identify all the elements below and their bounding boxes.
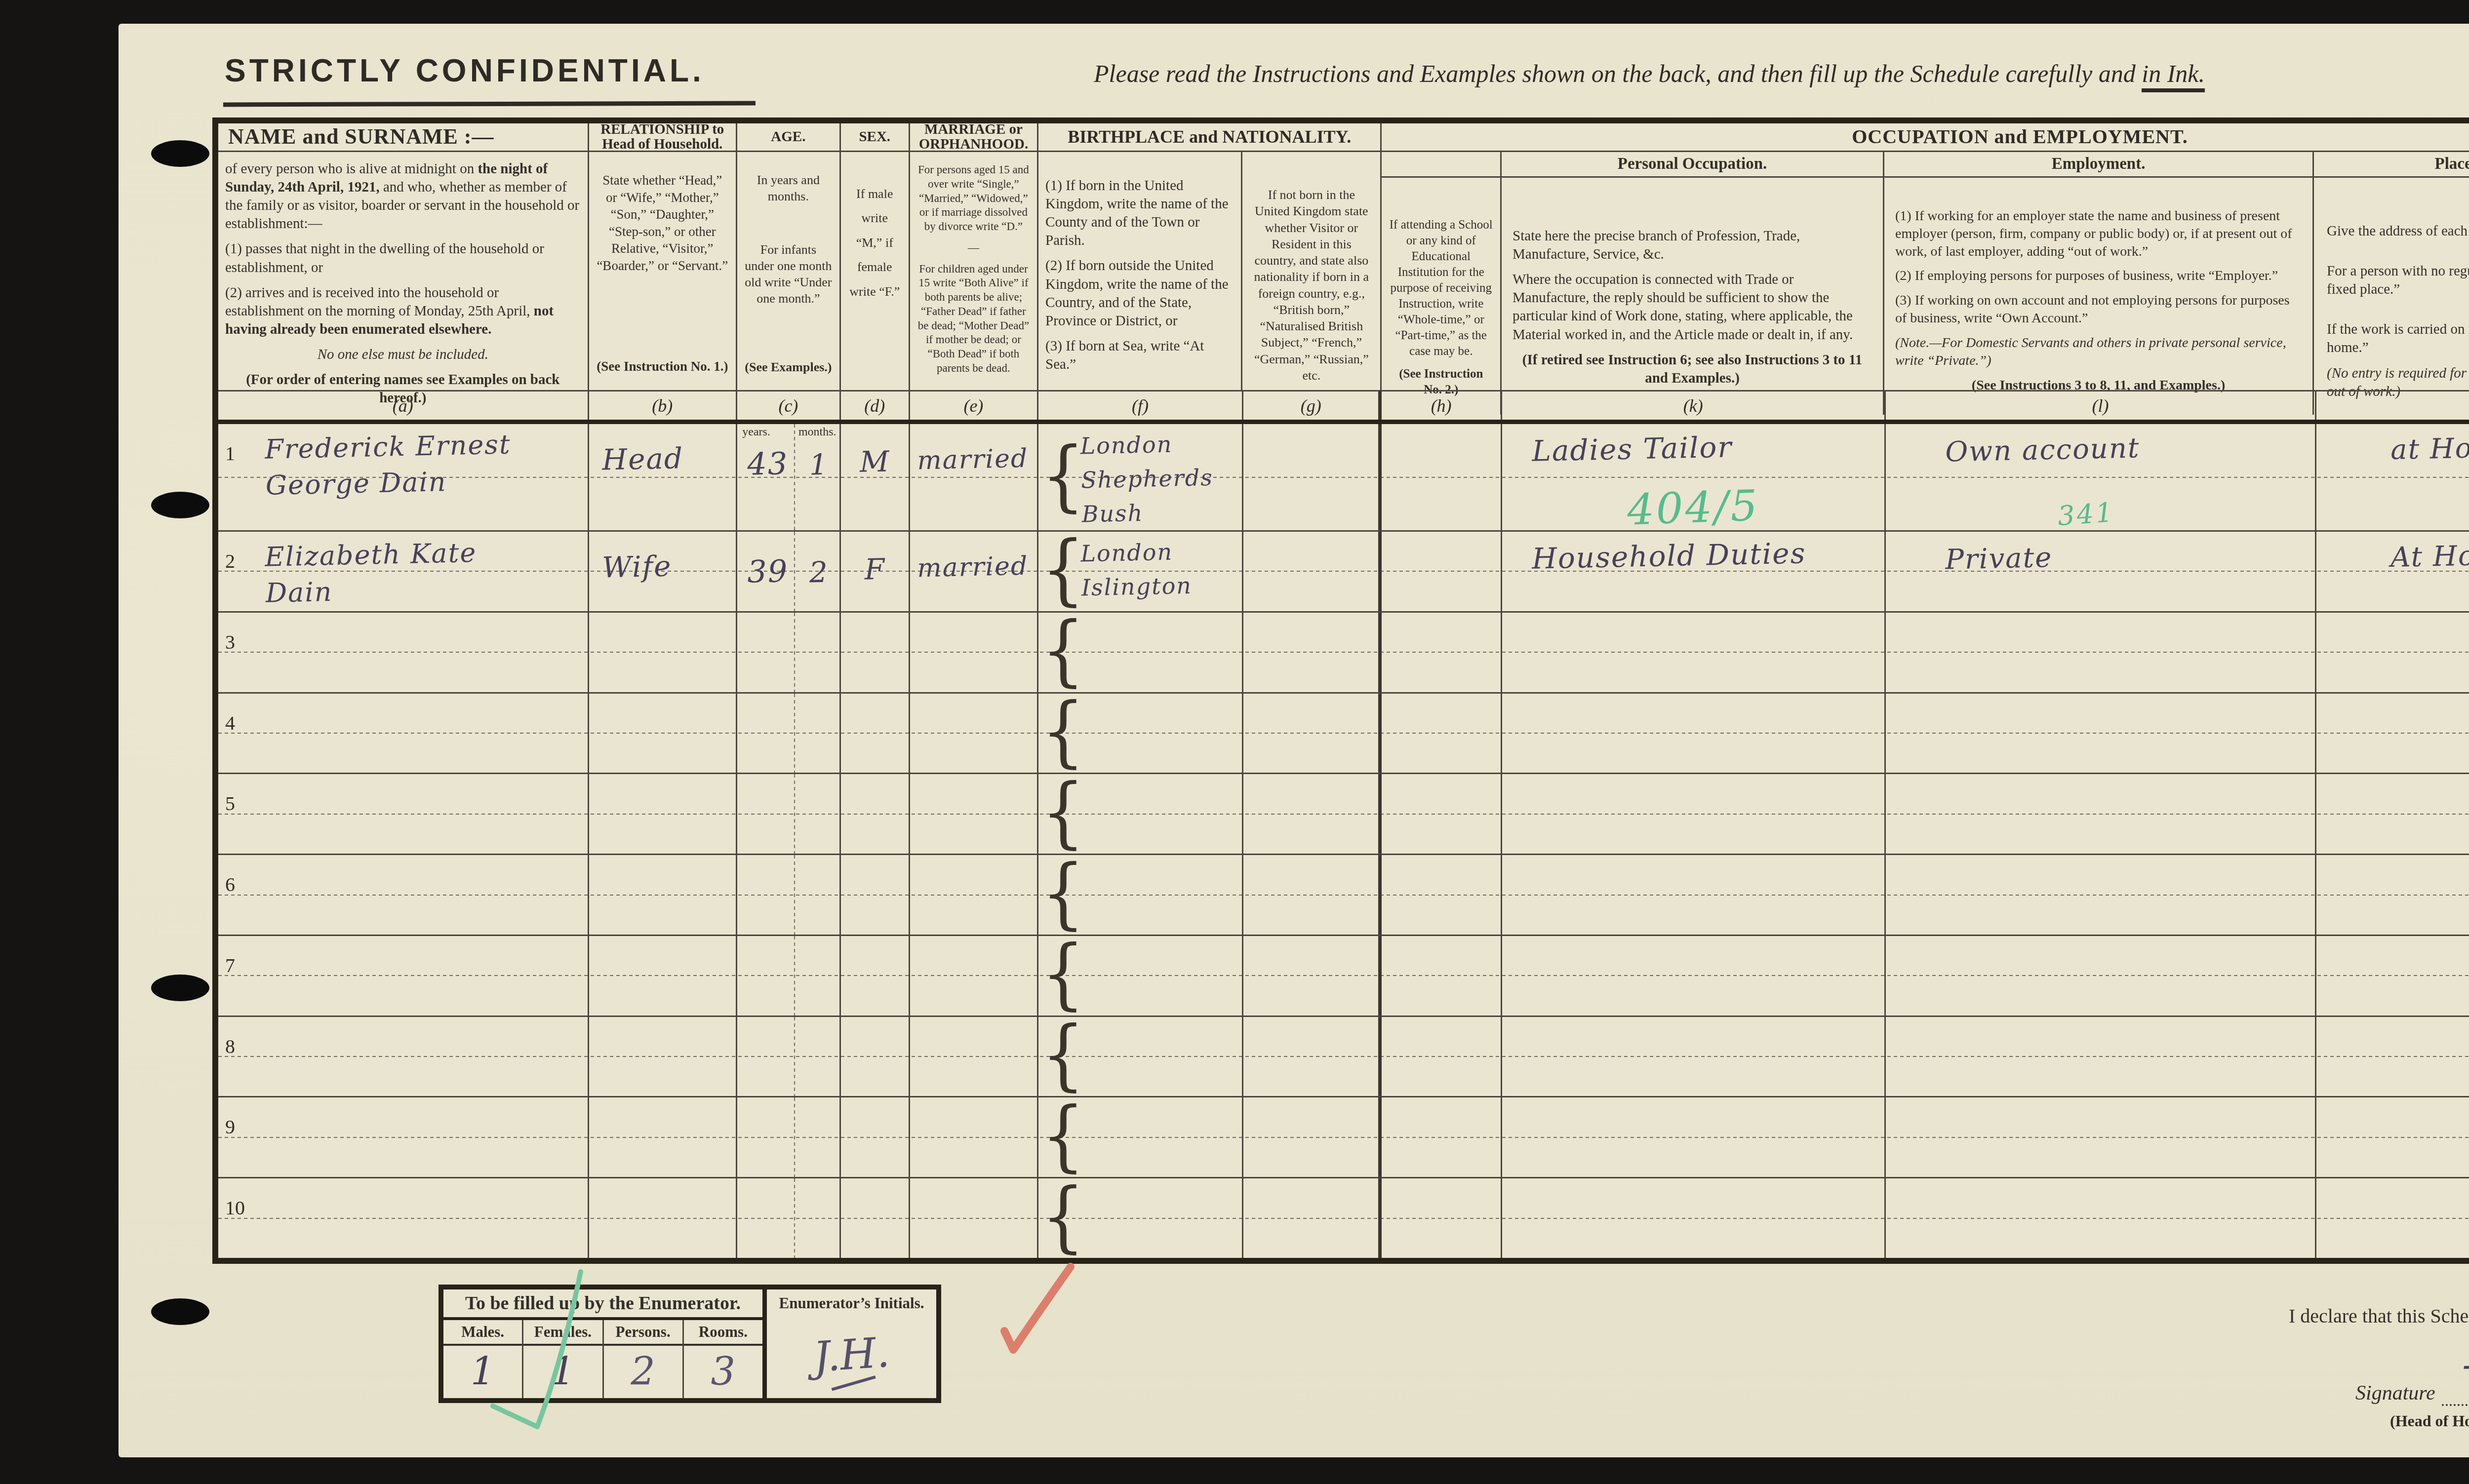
nationality-cell — [1243, 855, 1382, 935]
column-header-age: AGE. In years and months. For infants un… — [737, 123, 841, 390]
birthplace-entry: LondonShepherds Bush — [1037, 422, 1243, 533]
column-header-nationality: If not born in the United Kingdom state … — [1242, 152, 1380, 391]
column-letter: (e) — [910, 390, 1038, 420]
education-cell — [1382, 774, 1502, 854]
employment-entry — [1886, 851, 2315, 868]
nationality-cell — [1243, 424, 1382, 530]
education-cell — [1382, 694, 1502, 773]
age-months-entry — [798, 717, 839, 718]
table-row: 4 { UnderAge last birthday.One1234567891… — [218, 692, 2469, 773]
signature-line — [2442, 1382, 2469, 1406]
punch-hole — [151, 492, 209, 518]
nationality-cell — [1243, 694, 1382, 773]
place-of-work-entry — [2316, 933, 2469, 947]
main-table: NAME and SURNAME :— of every person who … — [212, 117, 2469, 1264]
age-years-entry — [741, 714, 795, 715]
table-row: 5 { UnderAge last birthday.One1234567891… — [218, 773, 2469, 854]
row-number: 7 — [225, 954, 235, 977]
table-row: 3 { UnderAge last birthday.One1234567891… — [218, 611, 2469, 692]
column-letter: (f) — [1038, 390, 1243, 420]
employment-entry — [1886, 1013, 2315, 1030]
column-header-marriage: MARRIAGE or ORPHANHOOD. For persons aged… — [910, 123, 1038, 390]
marriage-entry — [910, 1177, 1037, 1201]
marriage-entry — [910, 773, 1037, 796]
age-years-entry — [741, 1119, 795, 1120]
nationality-cell — [1243, 613, 1382, 692]
marriage-entry — [910, 935, 1037, 958]
row-number: 9 — [225, 1115, 235, 1138]
row-number: 4 — [225, 711, 235, 735]
relationship-entry — [589, 692, 736, 712]
education-cell — [1382, 1017, 1502, 1096]
column-header-education: If attending a School or any kind of Edu… — [1382, 178, 1502, 415]
occupation-entry — [1502, 609, 1884, 624]
column-letter: (c) — [737, 390, 841, 420]
column-header-employment: (1) If working for an employer state the… — [1884, 178, 2314, 415]
column-header-birthplace: (1) If born in the United Kingdom, write… — [1038, 152, 1242, 391]
column-letter: (b) — [589, 390, 737, 420]
declaration-note: (Head of Household, Manager of Establish… — [2390, 1412, 2469, 1430]
age-months-entry: 2 — [798, 555, 839, 589]
name-entry — [218, 1094, 588, 1107]
occupation-entry — [1502, 1093, 1884, 1108]
place-of-work-entry — [2316, 609, 2469, 624]
table-row: 9 { UnderAge last birthday.One1234567891… — [218, 1096, 2469, 1177]
employment-entry: Private — [1885, 527, 2315, 577]
column-letter: (k) — [1502, 390, 1886, 420]
signature-handwriting: F. E. G. Dain — [2463, 1308, 2469, 1382]
name-entry — [218, 932, 588, 945]
place-of-work-entry: At Home — [2316, 528, 2469, 575]
census-schedule-paper: STRICTLY CONFIDENTIAL. Please read the I… — [119, 24, 2469, 1457]
marriage-entry — [910, 854, 1037, 877]
column-letter: (h) — [1382, 390, 1502, 420]
row-number: 10 — [225, 1196, 245, 1219]
age-years-entry — [741, 957, 795, 958]
females-value: 1 — [523, 1346, 602, 1398]
enumerator-summary-box: To be filled up by the Enumerator. Males… — [438, 1285, 941, 1403]
enumerator-initials-value: J.H. — [764, 1311, 939, 1404]
nationality-cell — [1243, 532, 1382, 611]
punch-hole — [151, 1298, 209, 1325]
column-group-birthplace: BIRTHPLACE and NATIONALITY. (1) If born … — [1038, 123, 1382, 390]
sex-entry — [840, 612, 909, 634]
place-of-work-entry — [2316, 690, 2469, 704]
table-row: 8 { UnderAge last birthday.One1234567891… — [218, 1015, 2469, 1096]
relationship-entry — [589, 611, 736, 632]
brace-glyph: { — [1041, 606, 1085, 695]
name-entry — [218, 1013, 588, 1026]
nationality-cell — [1243, 1178, 1382, 1258]
months-sublabel: months. — [798, 426, 836, 439]
punch-hole — [151, 140, 209, 167]
employment-subheader: Employment. — [1884, 152, 2314, 176]
place-of-work-entry — [2316, 1013, 2469, 1028]
name-entry — [218, 1174, 588, 1187]
column-letter: (m) — [2316, 390, 2469, 420]
nationality-cell — [1243, 1017, 1382, 1096]
instruction-line: Please read the Instructions and Example… — [1094, 59, 2388, 88]
brace-glyph: { — [1041, 849, 1085, 937]
persons-value: 2 — [604, 1346, 682, 1398]
occupation-banner: OCCUPATION and EMPLOYMENT. — [1382, 123, 2469, 152]
employment-entry — [1886, 608, 2315, 626]
name-entry — [218, 609, 588, 622]
brace-glyph: { — [1041, 1011, 1085, 1099]
years-sublabel: years. — [742, 426, 770, 439]
name-entry — [218, 851, 588, 864]
occupation-entry — [1502, 851, 1884, 866]
table-header: NAME and SURNAME :— of every person who … — [218, 123, 2469, 390]
row-number: 3 — [225, 630, 235, 654]
table-row: 1 Frederick ErnestGeorge Dain Head years… — [218, 424, 2469, 530]
employment-entry — [1886, 1093, 2315, 1111]
table-row: 10 { UnderAge last birthday.One123456789… — [218, 1177, 2469, 1258]
nationality-cell — [1243, 936, 1382, 1015]
age-years-entry — [741, 795, 795, 796]
age-months-entry — [798, 1121, 839, 1122]
marriage-entry: married — [910, 530, 1037, 583]
row-number: 8 — [225, 1035, 235, 1058]
table-row: 7 { UnderAge last birthday.One1234567891… — [218, 935, 2469, 1015]
enumerator-box-title: To be filled up by the Enumerator. — [443, 1289, 762, 1320]
age-years-entry — [741, 1038, 795, 1039]
sex-entry — [840, 855, 909, 877]
education-cell — [1382, 936, 1502, 1015]
education-cell — [1382, 532, 1502, 611]
marriage-entry — [910, 611, 1037, 634]
column-letter: (l) — [1886, 390, 2316, 420]
rooms-value: 3 — [684, 1346, 762, 1398]
sex-entry — [840, 774, 909, 796]
relationship-entry — [589, 1177, 736, 1198]
age-years-entry: 39 — [741, 553, 795, 590]
education-cell — [1382, 855, 1502, 935]
column-group-occupation: OCCUPATION and EMPLOYMENT. Personal Occu… — [1382, 123, 2469, 390]
sex-entry — [840, 1016, 909, 1038]
education-cell — [1382, 1178, 1502, 1258]
nationality-cell — [1243, 1097, 1382, 1177]
relationship-entry — [589, 854, 736, 874]
row-number: 6 — [225, 873, 235, 896]
sex-entry — [840, 935, 909, 957]
marriage-entry: married — [910, 423, 1037, 475]
education-cell — [1382, 613, 1502, 692]
marriage-entry — [910, 692, 1037, 715]
age-months-entry — [798, 959, 839, 960]
females-label: Females. — [523, 1320, 602, 1346]
brace-glyph: { — [1041, 930, 1085, 1018]
education-cell — [1382, 424, 1502, 530]
age-years-entry: 43 — [741, 445, 795, 482]
marriage-entry — [910, 1015, 1037, 1039]
sex-entry — [840, 693, 909, 715]
employment-entry — [1886, 932, 2315, 949]
name-column-title: NAME and SURNAME :— — [218, 123, 588, 152]
place-of-work-entry — [2316, 1094, 2469, 1109]
column-header-sex: SEX. If male write “M,” if female write … — [841, 123, 910, 390]
males-value: 1 — [443, 1346, 522, 1398]
name-entry: Elizabeth KateDain — [217, 528, 588, 612]
sex-entry — [840, 1097, 909, 1119]
column-letter: (d) — [841, 390, 910, 420]
column-header-name: NAME and SURNAME :— of every person who … — [218, 123, 589, 390]
age-months-entry — [798, 1202, 839, 1203]
age-months-entry — [798, 1040, 839, 1041]
brace-glyph: { — [1041, 687, 1085, 776]
age-months-entry: 1 — [798, 447, 839, 482]
place-of-work-entry — [2316, 852, 2469, 866]
employment-entry — [1886, 1174, 2315, 1192]
page-title: STRICTLY CONFIDENTIAL. — [225, 52, 705, 89]
relationship-entry — [589, 773, 736, 793]
occupation-entry — [1502, 1013, 1884, 1028]
name-entry: Frederick ErnestGeorge Dain — [217, 420, 588, 505]
occupation-code: 404/5 — [1626, 481, 1760, 535]
brace-glyph: { — [1041, 1091, 1085, 1180]
employment-entry — [1886, 770, 2315, 787]
marriage-entry — [910, 1096, 1037, 1120]
declaration-text: I declare that this Schedule is correctl… — [2289, 1304, 2469, 1328]
age-months-entry — [798, 636, 839, 637]
occupation-entry: Ladies Tailor — [1502, 420, 1885, 469]
relationship-entry: Wife — [589, 530, 736, 585]
birthplace-banner: BIRTHPLACE and NATIONALITY. — [1038, 123, 1380, 152]
place-of-work-subheader: Place of Work. — [2314, 152, 2469, 176]
education-cell — [1382, 1097, 1502, 1177]
occupation-entry — [1502, 1174, 1884, 1189]
occupation-entry — [1502, 932, 1884, 947]
column-letter: (g) — [1243, 390, 1382, 420]
place-of-work-entry — [2316, 771, 2469, 785]
place-of-work-entry — [2316, 1175, 2469, 1190]
occupation-entry: Household Duties — [1502, 528, 1885, 576]
rooms-label: Rooms. — [684, 1320, 762, 1346]
males-label: Males. — [443, 1320, 522, 1346]
nationality-cell — [1243, 774, 1382, 854]
signature-label: Signature — [2355, 1381, 2435, 1405]
employment-entry: Own account — [1885, 420, 2315, 469]
column-header-place-of-work: Give the address of each person’s place … — [2314, 178, 2469, 415]
employment-code: 341 — [2057, 497, 2115, 532]
place-of-work-entry: at Home — [2316, 421, 2469, 468]
age-months-entry — [798, 878, 839, 879]
age-years-entry — [741, 634, 795, 635]
table-body: 1 Frederick ErnestGeorge Dain Head years… — [218, 420, 2469, 1258]
table-row: 2 Elizabeth KateDain Wife 39 2 F married… — [218, 530, 2469, 611]
brace-glyph: { — [1041, 768, 1085, 857]
column-header-personal-occupation: State here the precise branch of Profess… — [1502, 178, 1884, 415]
relationship-entry — [589, 1096, 736, 1117]
column-header-relationship: RELATIONSHIP to Head of Household. State… — [589, 123, 737, 390]
age-years-entry — [741, 1200, 795, 1201]
sex-entry — [840, 1178, 909, 1200]
employment-entry — [1886, 689, 2315, 706]
red-check-mark — [1004, 1267, 1071, 1350]
sex-entry: F — [840, 531, 909, 587]
occupation-entry — [1502, 689, 1884, 704]
row-number: 5 — [225, 792, 235, 815]
brace-glyph: { — [1041, 1172, 1085, 1261]
occupation-entry — [1502, 770, 1884, 785]
relationship-entry — [589, 935, 736, 955]
relationship-entry — [589, 1015, 736, 1036]
punch-hole — [151, 975, 209, 1001]
education-subheader — [1382, 152, 1502, 176]
name-entry — [218, 690, 588, 703]
personal-occupation-subheader: Personal Occupation. — [1502, 152, 1884, 176]
table-row: 6 { UnderAge last birthday.One1234567891… — [218, 854, 2469, 935]
title-underline — [223, 101, 756, 107]
age-years-entry — [741, 876, 795, 877]
name-entry — [218, 771, 588, 783]
sex-entry: M — [840, 424, 909, 479]
relationship-entry: Head — [589, 423, 736, 477]
persons-label: Persons. — [604, 1320, 682, 1346]
age-months-entry — [798, 797, 839, 798]
birthplace-entry: LondonIslington — [1038, 530, 1243, 606]
